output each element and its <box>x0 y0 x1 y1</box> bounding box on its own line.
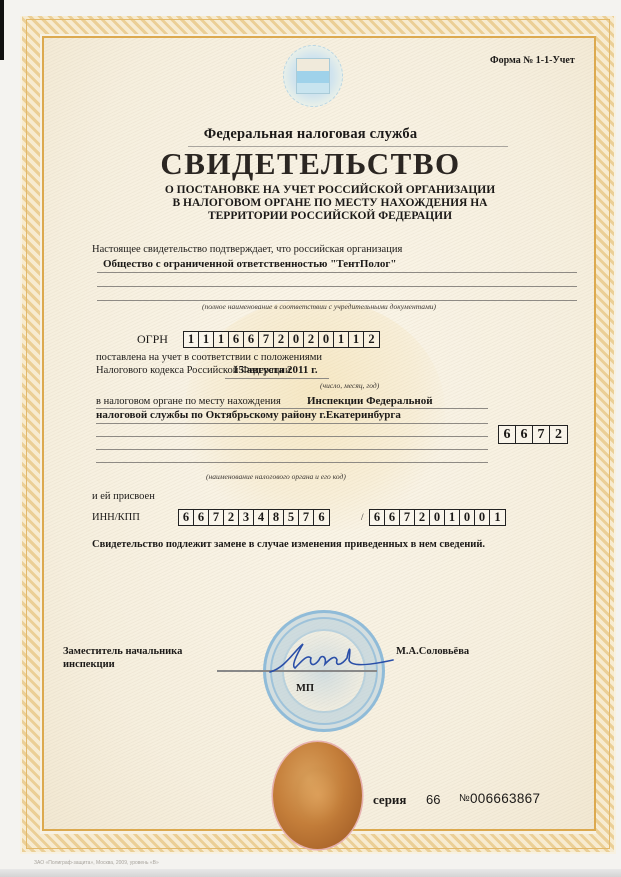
underline <box>225 378 329 379</box>
digit-cell: 2 <box>224 510 239 525</box>
digit-cell: 2 <box>415 510 430 525</box>
digit-cell: 1 <box>184 332 199 347</box>
underline <box>96 436 488 437</box>
digit-cell: 2 <box>274 332 289 347</box>
serial-number: 006663867 <box>470 791 540 806</box>
signature-icon <box>265 640 395 680</box>
tax-authority-name-line1: Инспекции Федеральной <box>307 395 433 407</box>
digit-cell: 0 <box>289 332 304 347</box>
inn-kpp-label: ИНН/КПП <box>92 512 140 523</box>
hologram-shield-icon <box>296 58 330 94</box>
scan-edge <box>0 0 4 60</box>
underline <box>96 462 488 463</box>
digit-cell: 6 <box>385 510 400 525</box>
document-title: СВИДЕТЕЛЬСТВО <box>0 146 621 182</box>
number-sign: № <box>459 793 470 804</box>
replacement-notice: Свидетельство подлежит замене в случае и… <box>92 539 485 550</box>
digit-cell: 2 <box>550 426 567 443</box>
tax-authority-name-line2: налоговой службы по Октябрьскому району … <box>96 409 401 421</box>
document-subtitle: О ПОСТАНОВКЕ НА УЧЕТ РОССИЙСКОЙ ОРГАНИЗА… <box>160 184 500 223</box>
digit-cell: 5 <box>284 510 299 525</box>
signatory-position-line2: инспекции <box>63 659 115 670</box>
underline <box>97 300 577 301</box>
signatory-position-line1: Заместитель начальника <box>63 646 182 657</box>
digit-cell: 3 <box>239 510 254 525</box>
organization-intro: Настоящее свидетельство подтверждает, чт… <box>92 244 402 255</box>
digit-cell: 1 <box>445 510 460 525</box>
digit-cell: 0 <box>319 332 334 347</box>
underline <box>96 423 488 424</box>
digit-cell: 2 <box>304 332 319 347</box>
agency-name: Федеральная налоговая служба <box>0 126 621 143</box>
digit-cell: 7 <box>259 332 274 347</box>
series-value: 66 <box>426 792 440 807</box>
scan-edge-bottom <box>0 869 621 877</box>
digit-cell: 7 <box>299 510 314 525</box>
digit-cell: 1 <box>349 332 364 347</box>
inn-kpp-separator: / <box>361 512 364 522</box>
digit-cell: 1 <box>199 332 214 347</box>
digit-cell: 8 <box>269 510 284 525</box>
registration-line1: поставлена на учет в соответствии с поло… <box>96 352 322 363</box>
digit-cell: 2 <box>364 332 379 347</box>
digit-cell: 1 <box>490 510 505 525</box>
registration-date: 15 августа 2011 г. <box>233 364 318 376</box>
digit-cell: 6 <box>229 332 244 347</box>
digit-cell: 6 <box>244 332 259 347</box>
underline <box>97 286 577 287</box>
stamp-place-mark: МП <box>296 683 314 694</box>
tax-authority-caption: (наименование налогового органа и его ко… <box>206 472 346 481</box>
ogrn-digits: 1116672020112 <box>183 331 380 348</box>
digit-cell: 6 <box>516 426 533 443</box>
tax-authority-code: 6672 <box>498 425 568 444</box>
underline <box>96 449 488 450</box>
digit-cell: 0 <box>460 510 475 525</box>
digit-cell: 7 <box>209 510 224 525</box>
organization-caption: (полное наименование в соответствии с уч… <box>202 302 436 311</box>
double-headed-eagle-icon <box>293 765 343 825</box>
digit-cell: 0 <box>430 510 445 525</box>
series-label: серия <box>373 792 406 808</box>
digit-cell: 6 <box>370 510 385 525</box>
digit-cell: 1 <box>214 332 229 347</box>
digit-cell: 6 <box>179 510 194 525</box>
digit-cell: 6 <box>194 510 209 525</box>
digit-cell: 0 <box>475 510 490 525</box>
kpp-digits: 667201001 <box>369 509 506 526</box>
date-caption: (число, месяц, год) <box>320 381 379 390</box>
digit-cell: 4 <box>254 510 269 525</box>
form-number: Форма № 1-1-Учет <box>490 55 575 66</box>
digit-cell: 6 <box>499 426 516 443</box>
ogrn-label: ОГРН <box>137 332 168 347</box>
printer-note: ЗАО «Полиграф-защита», Москва, 2009, уро… <box>34 860 159 866</box>
digit-cell: 7 <box>533 426 550 443</box>
tax-authority-intro: в налоговом органе по месту нахождения <box>96 396 281 407</box>
assigned-intro: и ей присвоен <box>92 491 155 502</box>
organization-name: Общество с ограниченной ответственностью… <box>103 258 397 270</box>
digit-cell: 7 <box>400 510 415 525</box>
underline <box>97 272 577 273</box>
inn-digits: 6672348576 <box>178 509 330 526</box>
signatory-name: М.А.Соловьёва <box>396 646 469 657</box>
digit-cell: 6 <box>314 510 329 525</box>
digit-cell: 1 <box>334 332 349 347</box>
